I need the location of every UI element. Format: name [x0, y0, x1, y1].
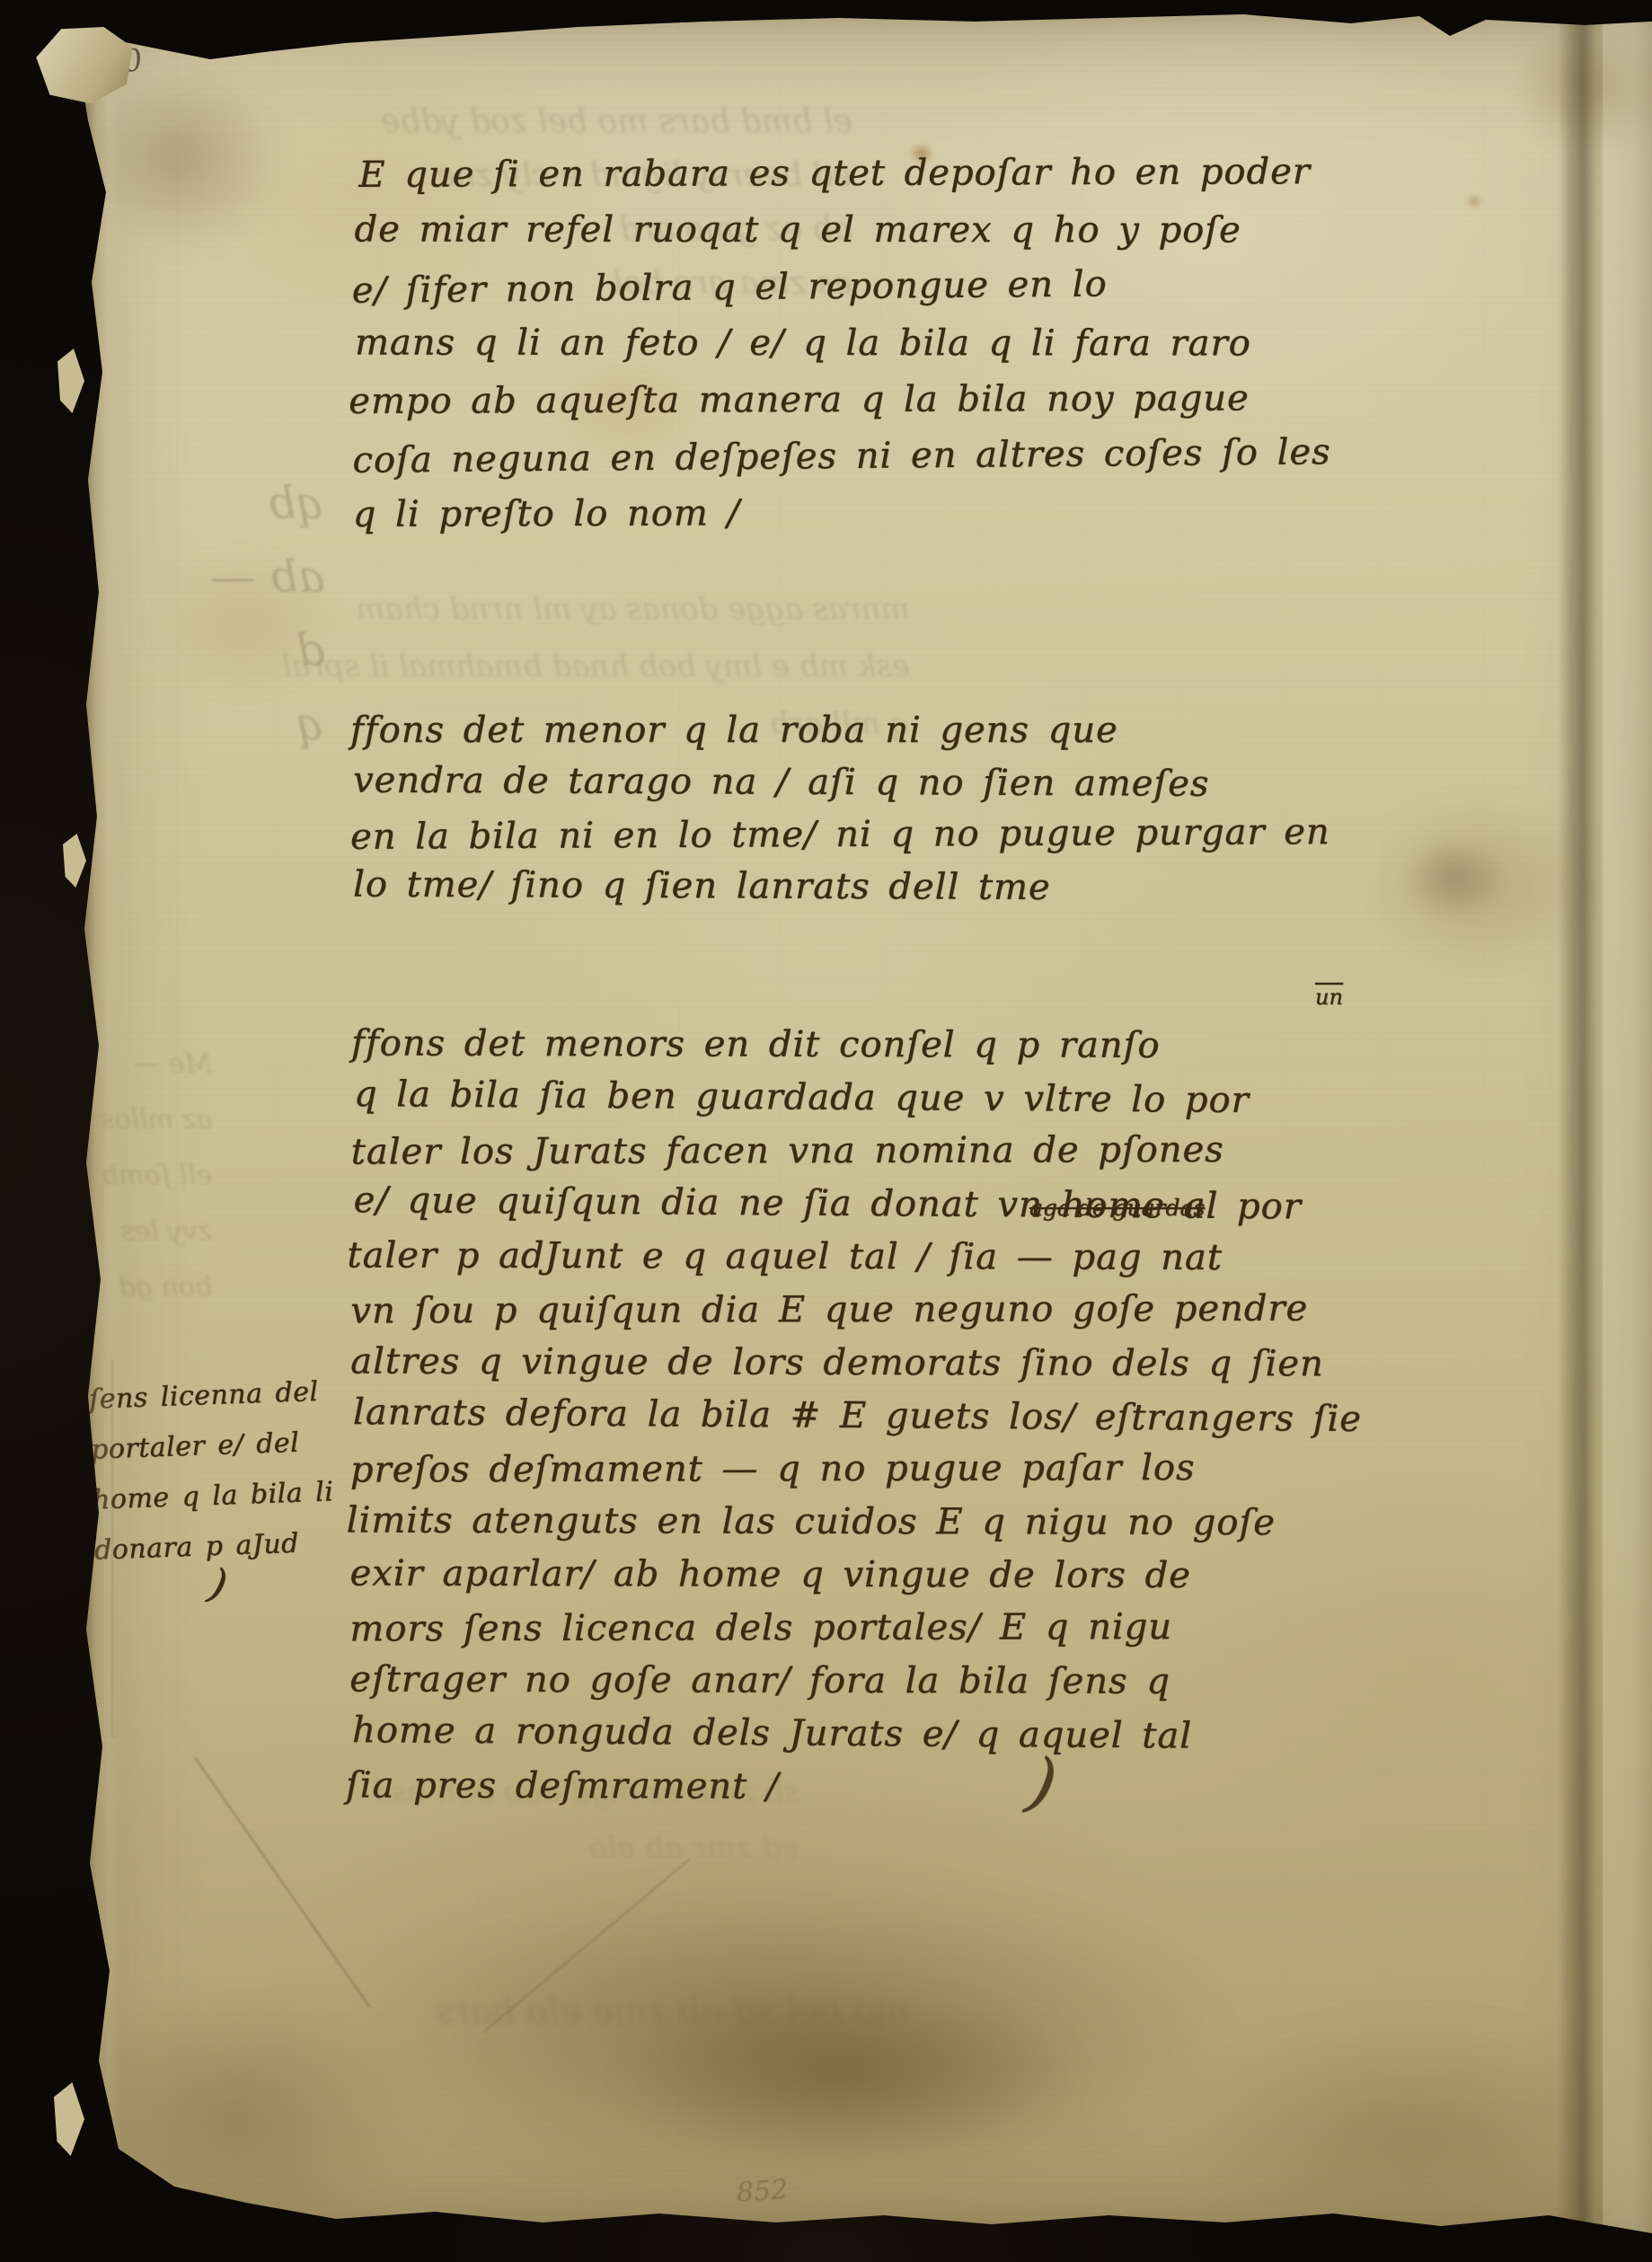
manuscript-line: vn ſou p quiſqun dia E que neguno goſe p…	[350, 1283, 1359, 1339]
paper-edge-chip	[57, 349, 84, 413]
bottom-stain-core	[614, 1989, 1082, 2160]
manuscript-line: ffons det menor q la roba ni gens que	[350, 704, 1330, 756]
manuscript-line: ſia pres deſmrament /	[346, 1760, 1355, 1816]
paper-edge-chip	[54, 2082, 84, 2156]
manuscript-line: q la bila ſia ben guardada que v vltre l…	[354, 1068, 1363, 1128]
bottom-stain-band	[345, 1881, 1225, 2178]
paper-crease	[194, 1756, 371, 2008]
margin-note: ſens licenna delportaler e/ delhome q la…	[88, 1366, 338, 1576]
manuscript-line: lanrats defora la bila # E guets los/ eſ…	[353, 1386, 1362, 1446]
verso-line: el bmd bars mo bel zod ydbe	[381, 95, 853, 149]
paragraph-3: ffons det menors en dit conſel q p ranſo…	[349, 1018, 1360, 1816]
left-stain	[147, 552, 336, 695]
paragraph-2: ffons det menor q la roba ni gens queven…	[350, 704, 1330, 913]
manuscript-line: taler los Jurats facen vna nomina de pſo…	[351, 1124, 1360, 1180]
manuscript-line: limits atenguts en las cuidos E q nigu n…	[347, 1495, 1356, 1551]
manuscript-line: mans q li an feto / e/ q la bila q li fa…	[355, 315, 1333, 373]
manuscript-line: coſa neguna en deſpeſes ni en altres coſ…	[352, 424, 1331, 490]
manuscript-line: empo ab aqueſta manera q la bila noy pag…	[349, 370, 1327, 430]
manuscript-line: mors ſens licenca dels portales/ E q nig…	[349, 1601, 1358, 1657]
verso-line: d	[210, 614, 325, 687]
manuscript-line: home a ronguda dels Jurats e/ q aquel ta…	[352, 1704, 1361, 1764]
interlinear-correction: aga de guardas	[1029, 1195, 1205, 1221]
manuscript-line: preſos deſmament — q no pugue paſar los	[350, 1442, 1359, 1498]
verso-show-through: mo bel sd ab zme elo bars	[435, 1984, 909, 2038]
gutter-fold-shadow	[1558, 13, 1604, 2240]
margin-note-line: home q la bila li	[92, 1467, 336, 1525]
verso-line: q	[210, 687, 325, 761]
right-margin-smudge-core	[1403, 837, 1504, 920]
struck-text: aga de guardas	[1029, 1195, 1205, 1221]
manuscript-line: en la bila ni en lo tme/ ni q no pugue p…	[350, 806, 1330, 863]
verso-line: mo bel sd ab zme elo bars	[435, 1984, 909, 2038]
manuscript-line: altres q vingue de lors demorats ſino de…	[350, 1336, 1359, 1392]
bottom-left-stain	[57, 1980, 417, 2249]
margin-note-line: ſens licenna del	[88, 1366, 332, 1425]
manuscript-line: e/ ſifer non bolra q el repongue en lo	[352, 254, 1331, 320]
binding-edge	[75, 13, 122, 2240]
paper-edge-chip	[63, 834, 86, 888]
manuscript-page: el bmd bars mo bel zod ydbeed beersy lig…	[75, 13, 1652, 2240]
manuscript-line: vendra de tarago na / aſi q no ſien ameſ…	[353, 755, 1333, 811]
margin-note-line: portaler e/ del	[90, 1417, 334, 1475]
faint-page-number: 852	[736, 2174, 790, 2209]
verso-line: mnras agge donas ay ml nrnd cham	[282, 580, 910, 638]
manuscript-line: exir aparlar/ ab home q vingue de lors d…	[349, 1548, 1358, 1604]
verso-line: ell ſomb	[101, 1148, 212, 1204]
right-margin-smudge	[1360, 794, 1603, 974]
manuscript-line: E que ſi en rabara es qtet depoſar ho en…	[358, 144, 1330, 204]
manuscript-line: eſtrager no goſe anar/ fora la bila ſens…	[349, 1654, 1358, 1710]
manuscript-line: ffons det menors en dit conſel q p ranſo	[351, 1018, 1360, 1074]
manuscript-line: q li preſto lo nom /	[353, 483, 1331, 543]
verso-line: bon gd	[101, 1259, 212, 1315]
verso-line: zvy les	[101, 1204, 212, 1259]
verso-line: az mllos	[101, 1092, 212, 1148]
manuscript-line: e/ que quiſqun dia ne ſia donat vn home …	[353, 1174, 1362, 1234]
verso-line: ed zmr ab elo	[372, 1820, 799, 1876]
next-folio-edge	[1603, 18, 1652, 2237]
verso-show-through: Me —az mllosell ſombzvy lesbon gd	[101, 1037, 212, 1315]
verso-line: ab —	[210, 540, 325, 614]
superscript-insertion: un	[1315, 985, 1343, 1010]
paper-crease	[483, 1858, 691, 2032]
manuscript-line: lo tme/ ſino q ſien lanrats dell tme	[353, 859, 1333, 915]
gutter-top-stain	[1513, 18, 1652, 153]
manuscript-line: de miar refel ruoqat q el marex q ho y p…	[355, 202, 1333, 260]
verso-line: qb	[210, 466, 325, 540]
verso-line: esk mb e lmy bob hnad bmahmal il spral	[282, 638, 910, 695]
verso-show-through: qbab —dq	[210, 466, 325, 761]
paragraph-1: E que ſi en rabara es qtet depoſar ho en…	[351, 144, 1331, 543]
rust-spot	[1466, 194, 1482, 208]
manuscript-photo: el bmd bars mo bel zod ydbeed beersy lig…	[0, 0, 1652, 2262]
manuscript-line: taler p adJunt e q aquel tal / ſia — pag…	[347, 1230, 1356, 1286]
bottom-right-stain	[1180, 2016, 1648, 2249]
verso-line: Me —	[101, 1037, 212, 1092]
